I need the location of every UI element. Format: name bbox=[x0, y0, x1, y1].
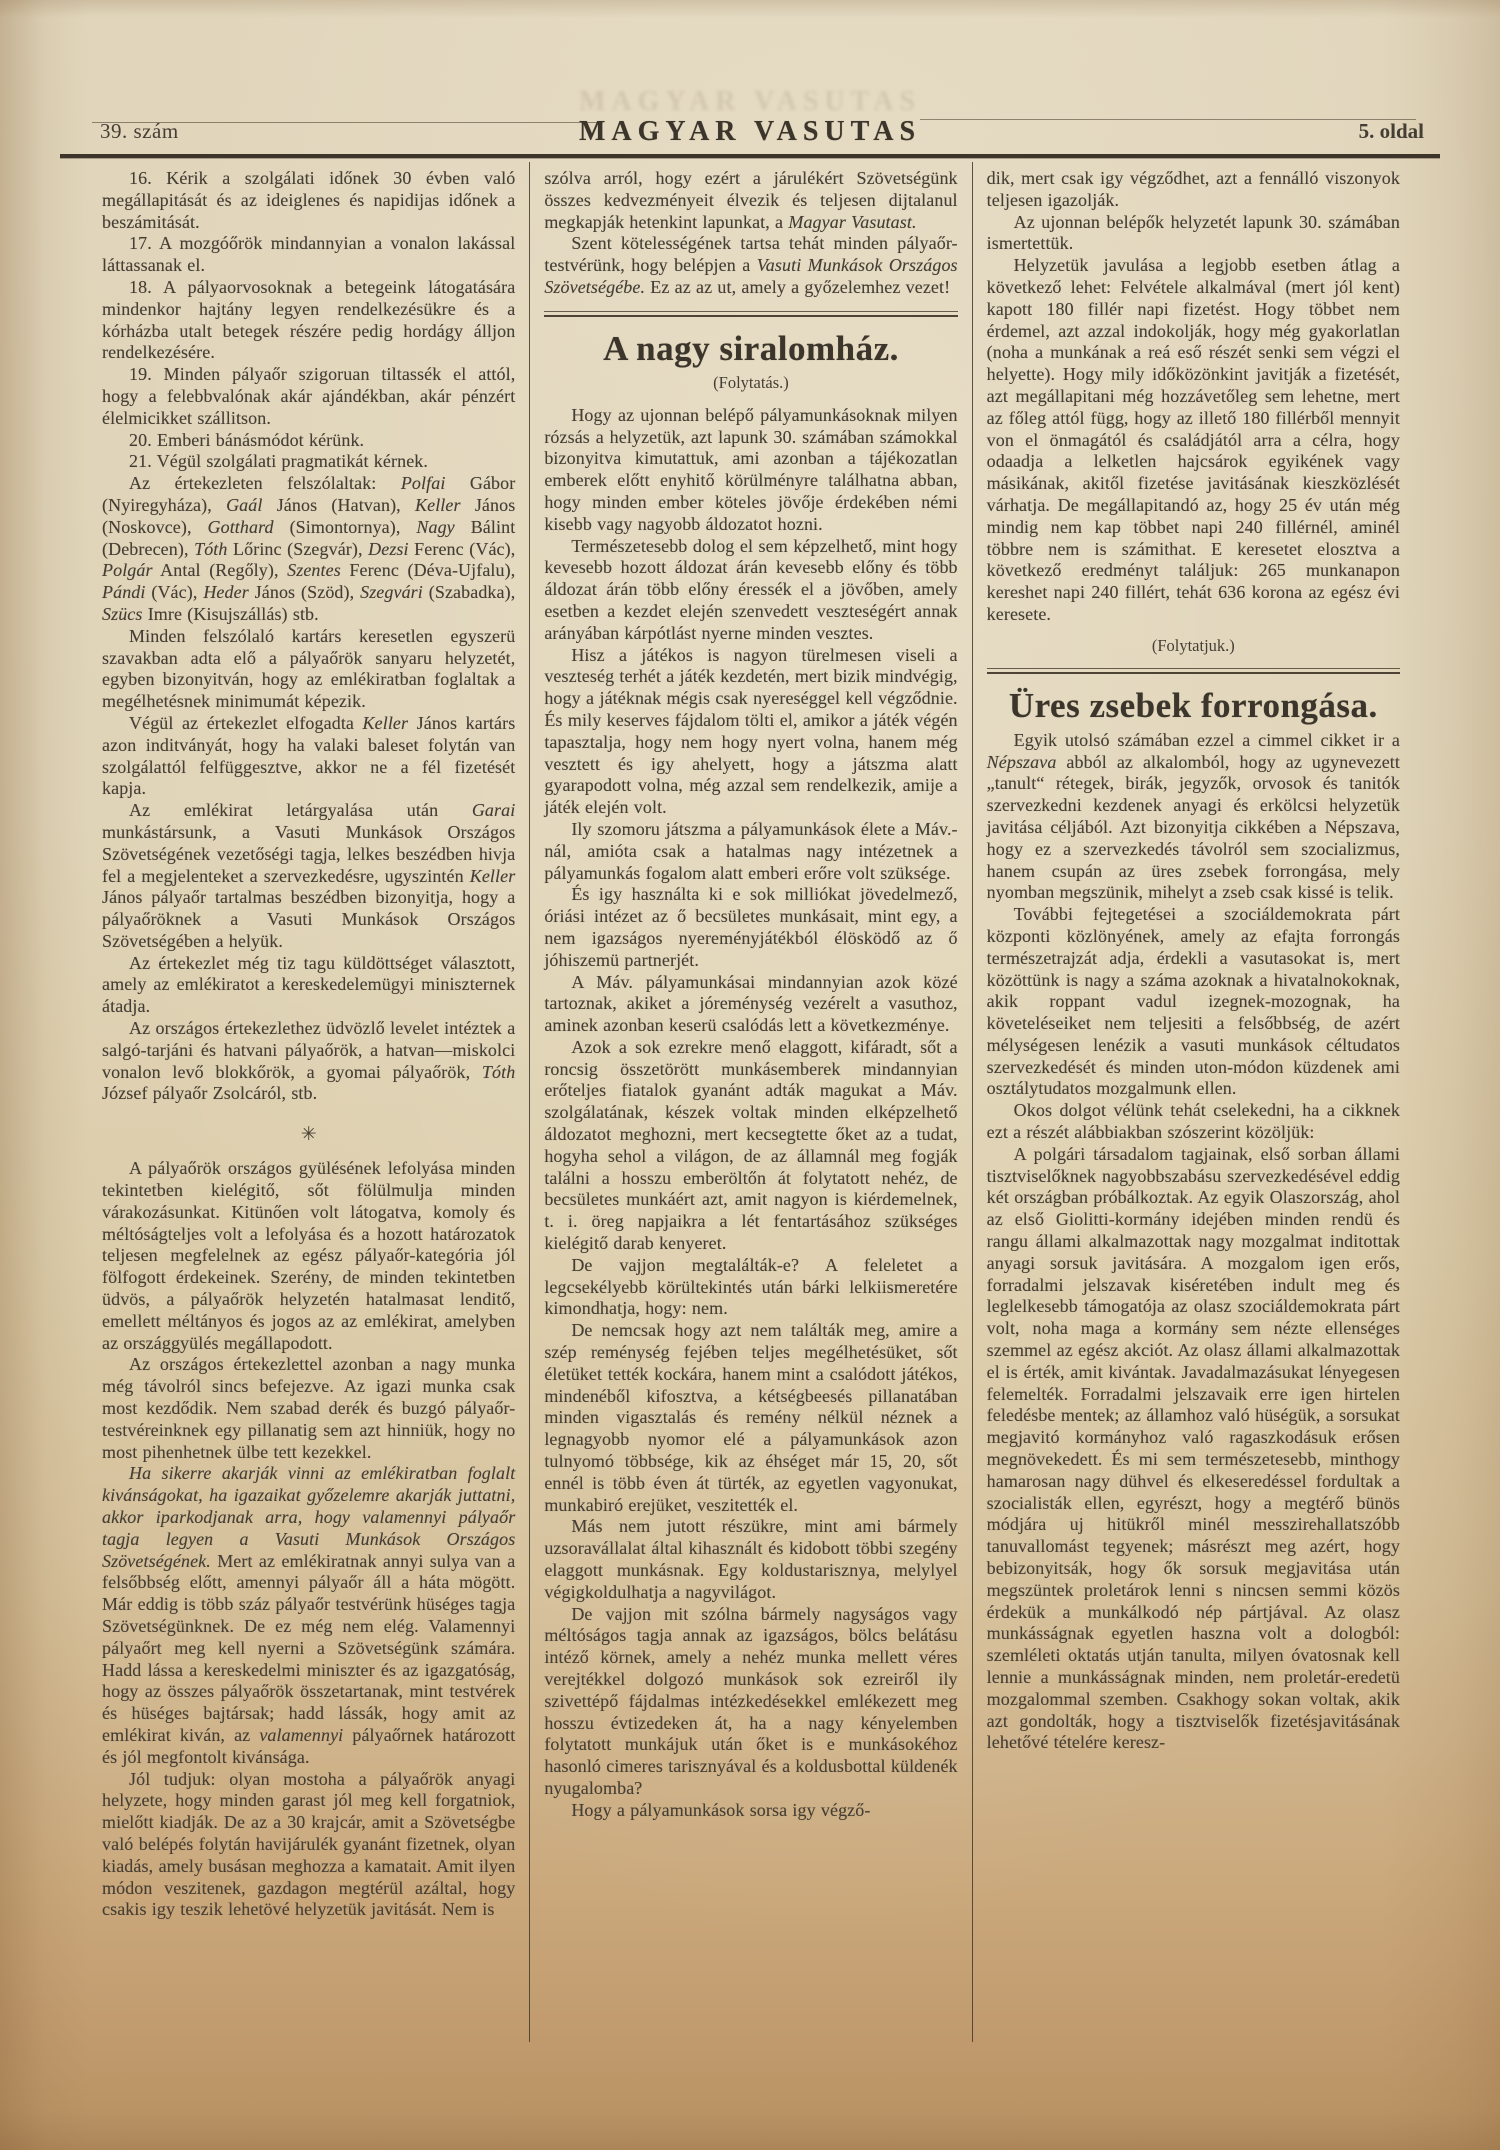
italic-text: Népszava bbox=[987, 752, 1057, 772]
section-divider bbox=[987, 668, 1400, 674]
text-run: munkástársunk, a Vasuti Munkások Országo… bbox=[102, 822, 515, 886]
italic-text: Magyar Vasutast. bbox=[788, 212, 916, 232]
paragraph: Az értekezlet még tiz tagu küldöttséget … bbox=[102, 953, 515, 1018]
text-run: Egyik utolsó számában ezzel a cimmel cik… bbox=[1014, 730, 1400, 750]
italic-text: Keller bbox=[470, 866, 516, 886]
paragraph: De nemcsak hogy azt nem találták meg, am… bbox=[544, 1320, 957, 1516]
italic-text: Nagy bbox=[416, 517, 454, 537]
italic-text: Tóth bbox=[482, 1062, 515, 1082]
continued-marker: (Folytatjuk.) bbox=[987, 636, 1400, 656]
italic-text: Polgár bbox=[102, 560, 153, 580]
text-run: (Szabadka), bbox=[423, 582, 515, 602]
section-divider bbox=[544, 311, 957, 317]
columns-container: 16. Kérik a szolgálati időnek 30 évben v… bbox=[88, 162, 1414, 2042]
italic-text: Tóth bbox=[194, 539, 227, 559]
paragraph: Az emlékirat letárgyalása után Garai mun… bbox=[102, 800, 515, 953]
paragraph: 19. Minden pályaőr szigoruan tiltassék e… bbox=[102, 364, 515, 429]
paragraph: Hogy az ujonnan belépő pályamunkásoknak … bbox=[544, 405, 957, 536]
paragraph: A Máv. pályamunkásai mindannyian azok kö… bbox=[544, 972, 957, 1037]
text-run: János (Hatvan), bbox=[262, 495, 415, 515]
italic-text: Gotthard bbox=[208, 517, 274, 537]
paragraph: 17. A mozgóőrök mindannyian a vonalon la… bbox=[102, 233, 515, 277]
italic-text: Heder bbox=[203, 582, 248, 602]
text-run: József pályaőr Zsolcáról, stb. bbox=[102, 1083, 317, 1103]
text-run: Az értekezleten felszólaltak: bbox=[129, 473, 401, 493]
paragraph: Minden felszólaló kartárs keresetlen egy… bbox=[102, 626, 515, 713]
paragraph: Hisz a játékos is nagyon türelmesen vise… bbox=[544, 645, 957, 819]
italic-text: Dezsi bbox=[368, 539, 409, 559]
page-number: 5. oldal bbox=[1359, 119, 1424, 144]
text-run: Az országos értekezlethez üdvözlő levele… bbox=[102, 1018, 515, 1082]
italic-text: Keller bbox=[363, 713, 409, 733]
paragraph: Helyzetük javulása a legjobb esetben átl… bbox=[987, 255, 1400, 626]
paragraph: Szent kötelességének tartsa tehát minden… bbox=[544, 233, 957, 298]
italic-text: Garai bbox=[472, 800, 516, 820]
italic-text: Szegvári bbox=[360, 582, 423, 602]
italic-text: Szücs bbox=[102, 604, 143, 624]
text-run: abból az alkalomból, hogy az ugynevezett… bbox=[987, 752, 1400, 903]
masthead-wrap: MAGYAR VASUTAS MAGYAR VASUTAS bbox=[0, 116, 1500, 148]
star-separator: ✳ bbox=[102, 1123, 515, 1146]
paragraph: Az országos értekezlettel azonban a nagy… bbox=[102, 1354, 515, 1463]
paragraph: Egyik utolsó számában ezzel a cimmel cik… bbox=[987, 730, 1400, 904]
paragraph: 21. Végül szolgálati pragmatikát kérnek. bbox=[102, 451, 515, 473]
article-subtitle: (Folytatás.) bbox=[544, 373, 957, 393]
italic-text: Keller bbox=[415, 495, 461, 515]
page-header: 39. szám MAGYAR VASUTAS MAGYAR VASUTAS 5… bbox=[0, 100, 1500, 148]
text-run: Lőrinc (Szegvár), bbox=[228, 539, 369, 559]
column-3: dik, mert csak igy végződhet, azt a fenn… bbox=[972, 162, 1414, 2042]
paragraph: Az ujonnan belépők helyzetét lapunk 30. … bbox=[987, 212, 1400, 256]
paragraph: Más nem jutott részükre, mint ami bármel… bbox=[544, 1516, 957, 1603]
paragraph: Hogy a pályamunkások sorsa igy végző- bbox=[544, 1800, 957, 1822]
paragraph: 16. Kérik a szolgálati időnek 30 évben v… bbox=[102, 168, 515, 233]
text-run: Antal (Regőly), bbox=[153, 560, 288, 580]
text-run: János (Szöd), bbox=[249, 582, 360, 602]
paragraph: Természetesebb dolog el sem képzelhető, … bbox=[544, 536, 957, 645]
text-run: Végül az értekezlet elfogadta bbox=[129, 713, 363, 733]
paragraph: dik, mert csak igy végződhet, azt a fenn… bbox=[987, 168, 1400, 212]
paragraph: A polgári társadalom tagjainak, első sor… bbox=[987, 1144, 1400, 1754]
masthead: MAGYAR VASUTAS bbox=[579, 116, 921, 147]
paragraph: Ha sikerre akarják vinni az emlékiratban… bbox=[102, 1463, 515, 1768]
column-1: 16. Kérik a szolgálati időnek 30 évben v… bbox=[88, 162, 529, 2042]
paragraph: 18. A pályaorvosoknak a betegeink látoga… bbox=[102, 277, 515, 364]
masthead-ghost: MAGYAR VASUTAS bbox=[0, 86, 1500, 118]
article-title: Üres zsebek forrongása. bbox=[987, 686, 1400, 726]
column-2: szólva arról, hogy ezért a járulékért Sz… bbox=[529, 162, 971, 2042]
paragraph: Ily szomoru játszma a pályamunkások élet… bbox=[544, 819, 957, 884]
paragraph: szólva arról, hogy ezért a járulékért Sz… bbox=[544, 168, 957, 233]
paragraph: És igy használta ki e sok milliókat jöve… bbox=[544, 884, 957, 971]
paragraph: Az értekezleten felszólaltak: Polfai Gáb… bbox=[102, 473, 515, 626]
header-rule bbox=[60, 154, 1440, 158]
text-run: Ferenc (Vác), bbox=[409, 539, 516, 559]
paragraph: De vajjon megtalálták-e? A feleletet a l… bbox=[544, 1255, 957, 1320]
article-title: A nagy siralomház. bbox=[544, 329, 957, 369]
italic-text: Polfai bbox=[401, 473, 446, 493]
italic-text: Gaál bbox=[226, 495, 262, 515]
text-run: János pályaőr tartalmas beszédben bizony… bbox=[102, 887, 515, 951]
newspaper-page: { "page": { "issue_label": "39. szám", "… bbox=[0, 0, 1500, 2150]
text-run: (Simontornya), bbox=[274, 517, 417, 537]
text-run: Imre (Kisujszállás) stb. bbox=[143, 604, 319, 624]
text-run: (Vác), bbox=[146, 582, 204, 602]
paragraph: 20. Emberi bánásmódot kérünk. bbox=[102, 430, 515, 452]
paragraph: Végül az értekezlet elfogadta Keller Ján… bbox=[102, 713, 515, 800]
paragraph: A pályaőrök országos gyülésének lefolyás… bbox=[102, 1158, 515, 1354]
italic-text: valamennyi bbox=[259, 1725, 343, 1745]
paragraph: Azok a sok ezrekre menő elaggott, kifára… bbox=[544, 1037, 957, 1255]
text-run: Ferenc (Déva-Ujfalu), bbox=[341, 560, 516, 580]
italic-text: Szentes bbox=[287, 560, 341, 580]
paragraph: De vajjon mit szólna bármely nagyságos v… bbox=[544, 1604, 957, 1800]
paragraph: További fejtegetései a szociáldemokrata … bbox=[987, 904, 1400, 1100]
text-run: Az emlékirat letárgyalása után bbox=[129, 800, 472, 820]
paragraph: Az országos értekezlethez üdvözlő levele… bbox=[102, 1018, 515, 1105]
paragraph: Jól tudjuk: olyan mostoha a pályaőrök an… bbox=[102, 1769, 515, 1922]
italic-text: Pándi bbox=[102, 582, 146, 602]
paragraph: Okos dolgot vélünk tehát cselekedni, ha … bbox=[987, 1100, 1400, 1144]
text-run: Mert az emlékiratnak annyi sulya van a f… bbox=[102, 1551, 515, 1745]
text-run: Ez az az ut, amely a győzelemhez vezet! bbox=[645, 277, 950, 297]
